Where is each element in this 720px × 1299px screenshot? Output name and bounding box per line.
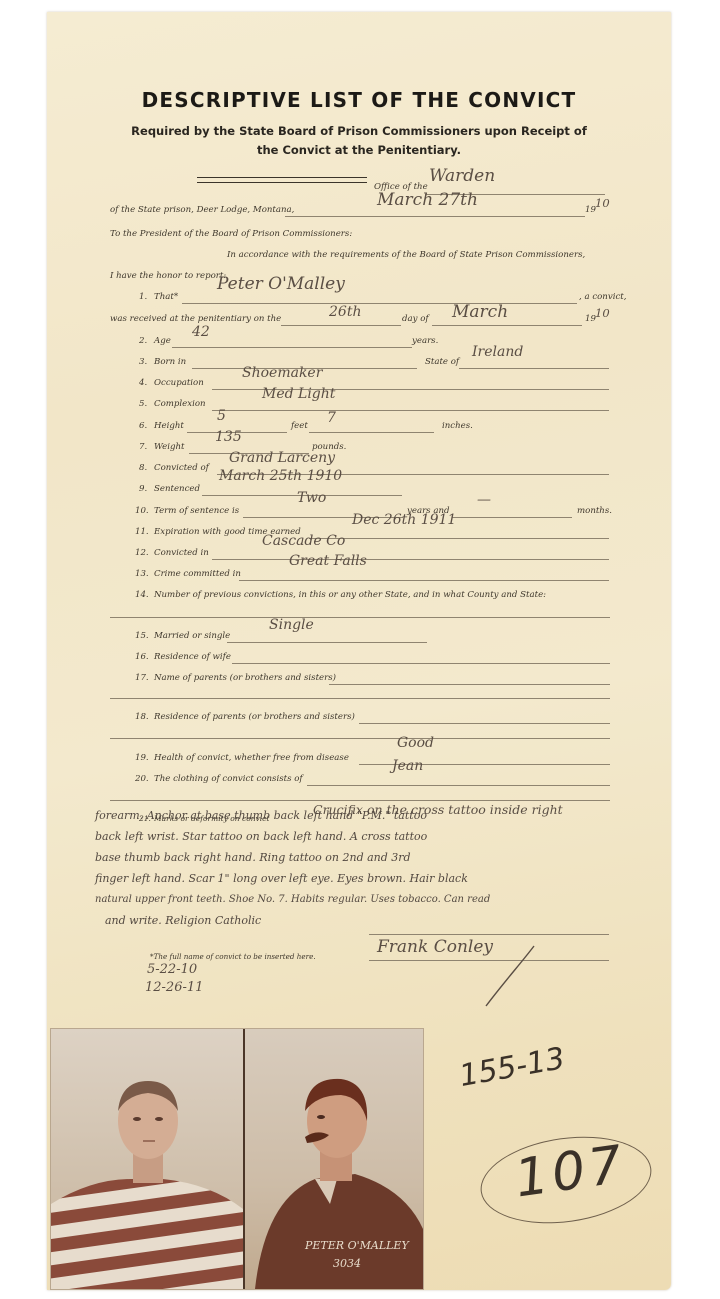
- warden-signature: Frank Conley: [377, 937, 493, 957]
- height-feet-value[interactable]: 5: [217, 408, 226, 424]
- occupation-value[interactable]: Shoemaker: [242, 365, 322, 381]
- field-5-num: 5.: [139, 399, 147, 409]
- title-divider: [197, 177, 367, 183]
- date-note-2: 12-26-11: [145, 980, 203, 995]
- field-6-label: Height: [154, 421, 184, 431]
- field-6-inches-line: [309, 432, 434, 433]
- clothing-value[interactable]: Jean: [392, 758, 423, 774]
- received-month-line: [432, 325, 582, 326]
- field-7-label: Weight: [154, 442, 184, 452]
- field-6-suffix: inches.: [442, 421, 473, 431]
- field-21-top-line: [110, 800, 610, 801]
- coat-number-text: 3034: [333, 1257, 361, 1270]
- field-19-num: 19.: [135, 753, 149, 763]
- date-note-1: 5-22-10: [147, 962, 197, 977]
- signature-line-top: [369, 934, 609, 935]
- field-13-line: [239, 580, 609, 581]
- field-12-label: Convicted in: [154, 548, 209, 558]
- field-13-label: Crime committed in: [154, 569, 241, 579]
- marks-line: finger left hand. Scar 1" long over left…: [95, 868, 655, 889]
- born-state-value[interactable]: Ireland: [472, 344, 523, 360]
- footnote: *The full name of convict to be inserted…: [150, 952, 316, 961]
- field-18-line-2[interactable]: [110, 738, 610, 739]
- convicted-of-value[interactable]: Grand Larceny: [229, 450, 335, 466]
- honor-line: I have the honor to report:: [110, 271, 226, 281]
- field-14-line[interactable]: [110, 617, 610, 618]
- date-value[interactable]: March 27th: [377, 190, 478, 210]
- field-3-state-label: State of: [425, 357, 459, 367]
- term-years-value[interactable]: Two: [297, 490, 326, 506]
- field-2-label: Age: [154, 336, 171, 346]
- field-16-num: 16.: [135, 652, 149, 662]
- received-dayof-label: day of: [402, 314, 429, 324]
- field-17-line-2[interactable]: [110, 698, 610, 699]
- field-14-label: Number of previous convictions, in this …: [154, 590, 546, 600]
- marks-line: and write. Religion Catholic: [95, 910, 655, 931]
- coat-name-text: PETER O'MALLEY: [304, 1239, 410, 1252]
- field-18-label: Residence of parents (or brothers and si…: [154, 712, 355, 722]
- field-1-num: 1.: [139, 292, 147, 302]
- field-13-num: 13.: [135, 569, 149, 579]
- field-8-label: Convicted of: [154, 463, 209, 473]
- field-1-label: That*: [154, 292, 178, 302]
- to-president-line: To the President of the Board of Prison …: [110, 229, 352, 239]
- field-17-line[interactable]: [329, 684, 610, 685]
- received-month-value[interactable]: March: [452, 302, 508, 322]
- field-1-suffix: , a convict,: [579, 292, 626, 302]
- office-value[interactable]: Warden: [429, 166, 495, 186]
- field-16-label: Residence of wife: [154, 652, 231, 662]
- field-20-line: [307, 785, 610, 786]
- sentenced-value[interactable]: March 25th 1910: [219, 468, 342, 484]
- field-12-line: [212, 559, 609, 560]
- complexion-value[interactable]: Med Light: [262, 386, 335, 402]
- field-9-label: Sentenced: [154, 484, 200, 494]
- weight-value[interactable]: 135: [215, 429, 242, 445]
- field-15-label: Married or single: [154, 631, 230, 641]
- marks-line: base thumb back right hand. Ring tattoo …: [95, 847, 655, 868]
- date-line: [285, 216, 585, 217]
- marks-line: back left wrist. Star tattoo on back lef…: [95, 826, 655, 847]
- field-14-num: 14.: [135, 590, 149, 600]
- field-12-num: 12.: [135, 548, 149, 558]
- field-5-line: [212, 410, 609, 411]
- location-label: of the State prison, Deer Lodge, Montana…: [110, 205, 294, 215]
- height-inches-value[interactable]: 7: [327, 410, 336, 426]
- age-value[interactable]: 42: [192, 324, 210, 340]
- mugshot-photo: PETER O'MALLEY 3034: [50, 1028, 424, 1290]
- received-day-line: [281, 325, 401, 326]
- convicted-in-value[interactable]: Cascade Co: [262, 533, 345, 549]
- subtitle-line-2: the Convict at the Penitentiary.: [87, 141, 631, 160]
- convict-name-value[interactable]: Peter O'Malley: [217, 274, 345, 294]
- field-8-num: 8.: [139, 463, 147, 473]
- field-9-num: 9.: [139, 484, 147, 494]
- year-value[interactable]: 10: [595, 196, 610, 210]
- field-17-num: 17.: [135, 673, 149, 683]
- field-4-label: Occupation: [154, 378, 204, 388]
- field-6-feet-label: feet: [291, 421, 308, 431]
- convict-record-page: DESCRIPTIVE LIST OF THE CONVICT Required…: [47, 12, 671, 1290]
- mugshot-profile: PETER O'MALLEY 3034: [245, 1029, 423, 1289]
- accordance-line: In accordance with the requirements of t…: [227, 250, 585, 260]
- field-4-num: 4.: [139, 378, 147, 388]
- term-months-value[interactable]: —: [477, 492, 491, 508]
- field-20-label: The clothing of convict consists of: [154, 774, 303, 784]
- field-7-num: 7.: [139, 442, 147, 452]
- field-5-label: Complexion: [154, 399, 206, 409]
- field-15-num: 15.: [135, 631, 149, 641]
- received-year-value[interactable]: 10: [595, 306, 610, 320]
- field-17-label: Name of parents (or brothers and sisters…: [154, 673, 336, 683]
- field-1-line: [182, 303, 577, 304]
- marks-line: natural upper front teeth. Shoe No. 7. H…: [95, 889, 655, 910]
- field-2-line: [172, 347, 412, 348]
- field-10-months-line: [452, 517, 572, 518]
- health-value[interactable]: Good: [397, 735, 434, 751]
- document-subtitle: Required by the State Board of Prison Co…: [87, 122, 631, 160]
- file-number: 155-13: [457, 1041, 568, 1094]
- expiration-value[interactable]: Dec 26th 1911: [352, 512, 456, 528]
- marks-line: forearm. Anchor at base thumb back left …: [95, 805, 655, 826]
- field-18-num: 18.: [135, 712, 149, 722]
- field-10-suffix: months.: [577, 506, 612, 516]
- received-label: was received at the penitentiary on the: [110, 314, 281, 324]
- field-3-num: 3.: [139, 357, 147, 367]
- field-11-num: 11.: [135, 527, 149, 537]
- field-11-line: [309, 538, 609, 539]
- field-19-label: Health of convict, whether free from dis…: [154, 753, 349, 763]
- field-2-num: 2.: [139, 336, 147, 346]
- field-3-state-line: [459, 368, 609, 369]
- mugshot-front: [51, 1029, 243, 1289]
- signature-flourish-icon: [482, 942, 542, 1012]
- field-6-num: 6.: [139, 421, 147, 431]
- field-15-line: [227, 642, 427, 643]
- crime-committed-in-value[interactable]: Great Falls: [289, 553, 367, 569]
- document-title: DESCRIPTIVE LIST OF THE CONVICT: [47, 88, 671, 112]
- field-10-num: 10.: [135, 506, 149, 516]
- received-day-value[interactable]: 26th: [329, 304, 361, 320]
- marital-status-value[interactable]: Single: [269, 617, 314, 633]
- field-20-num: 20.: [135, 774, 149, 784]
- field-2-suffix: years.: [412, 336, 438, 346]
- field-18-line[interactable]: [359, 723, 610, 724]
- field-16-line[interactable]: [232, 663, 610, 664]
- subtitle-line-1: Required by the State Board of Prison Co…: [87, 122, 631, 141]
- marks-continued: forearm. Anchor at base thumb back left …: [95, 805, 655, 931]
- field-10-label: Term of sentence is: [154, 506, 239, 516]
- field-3-label: Born in: [154, 357, 186, 367]
